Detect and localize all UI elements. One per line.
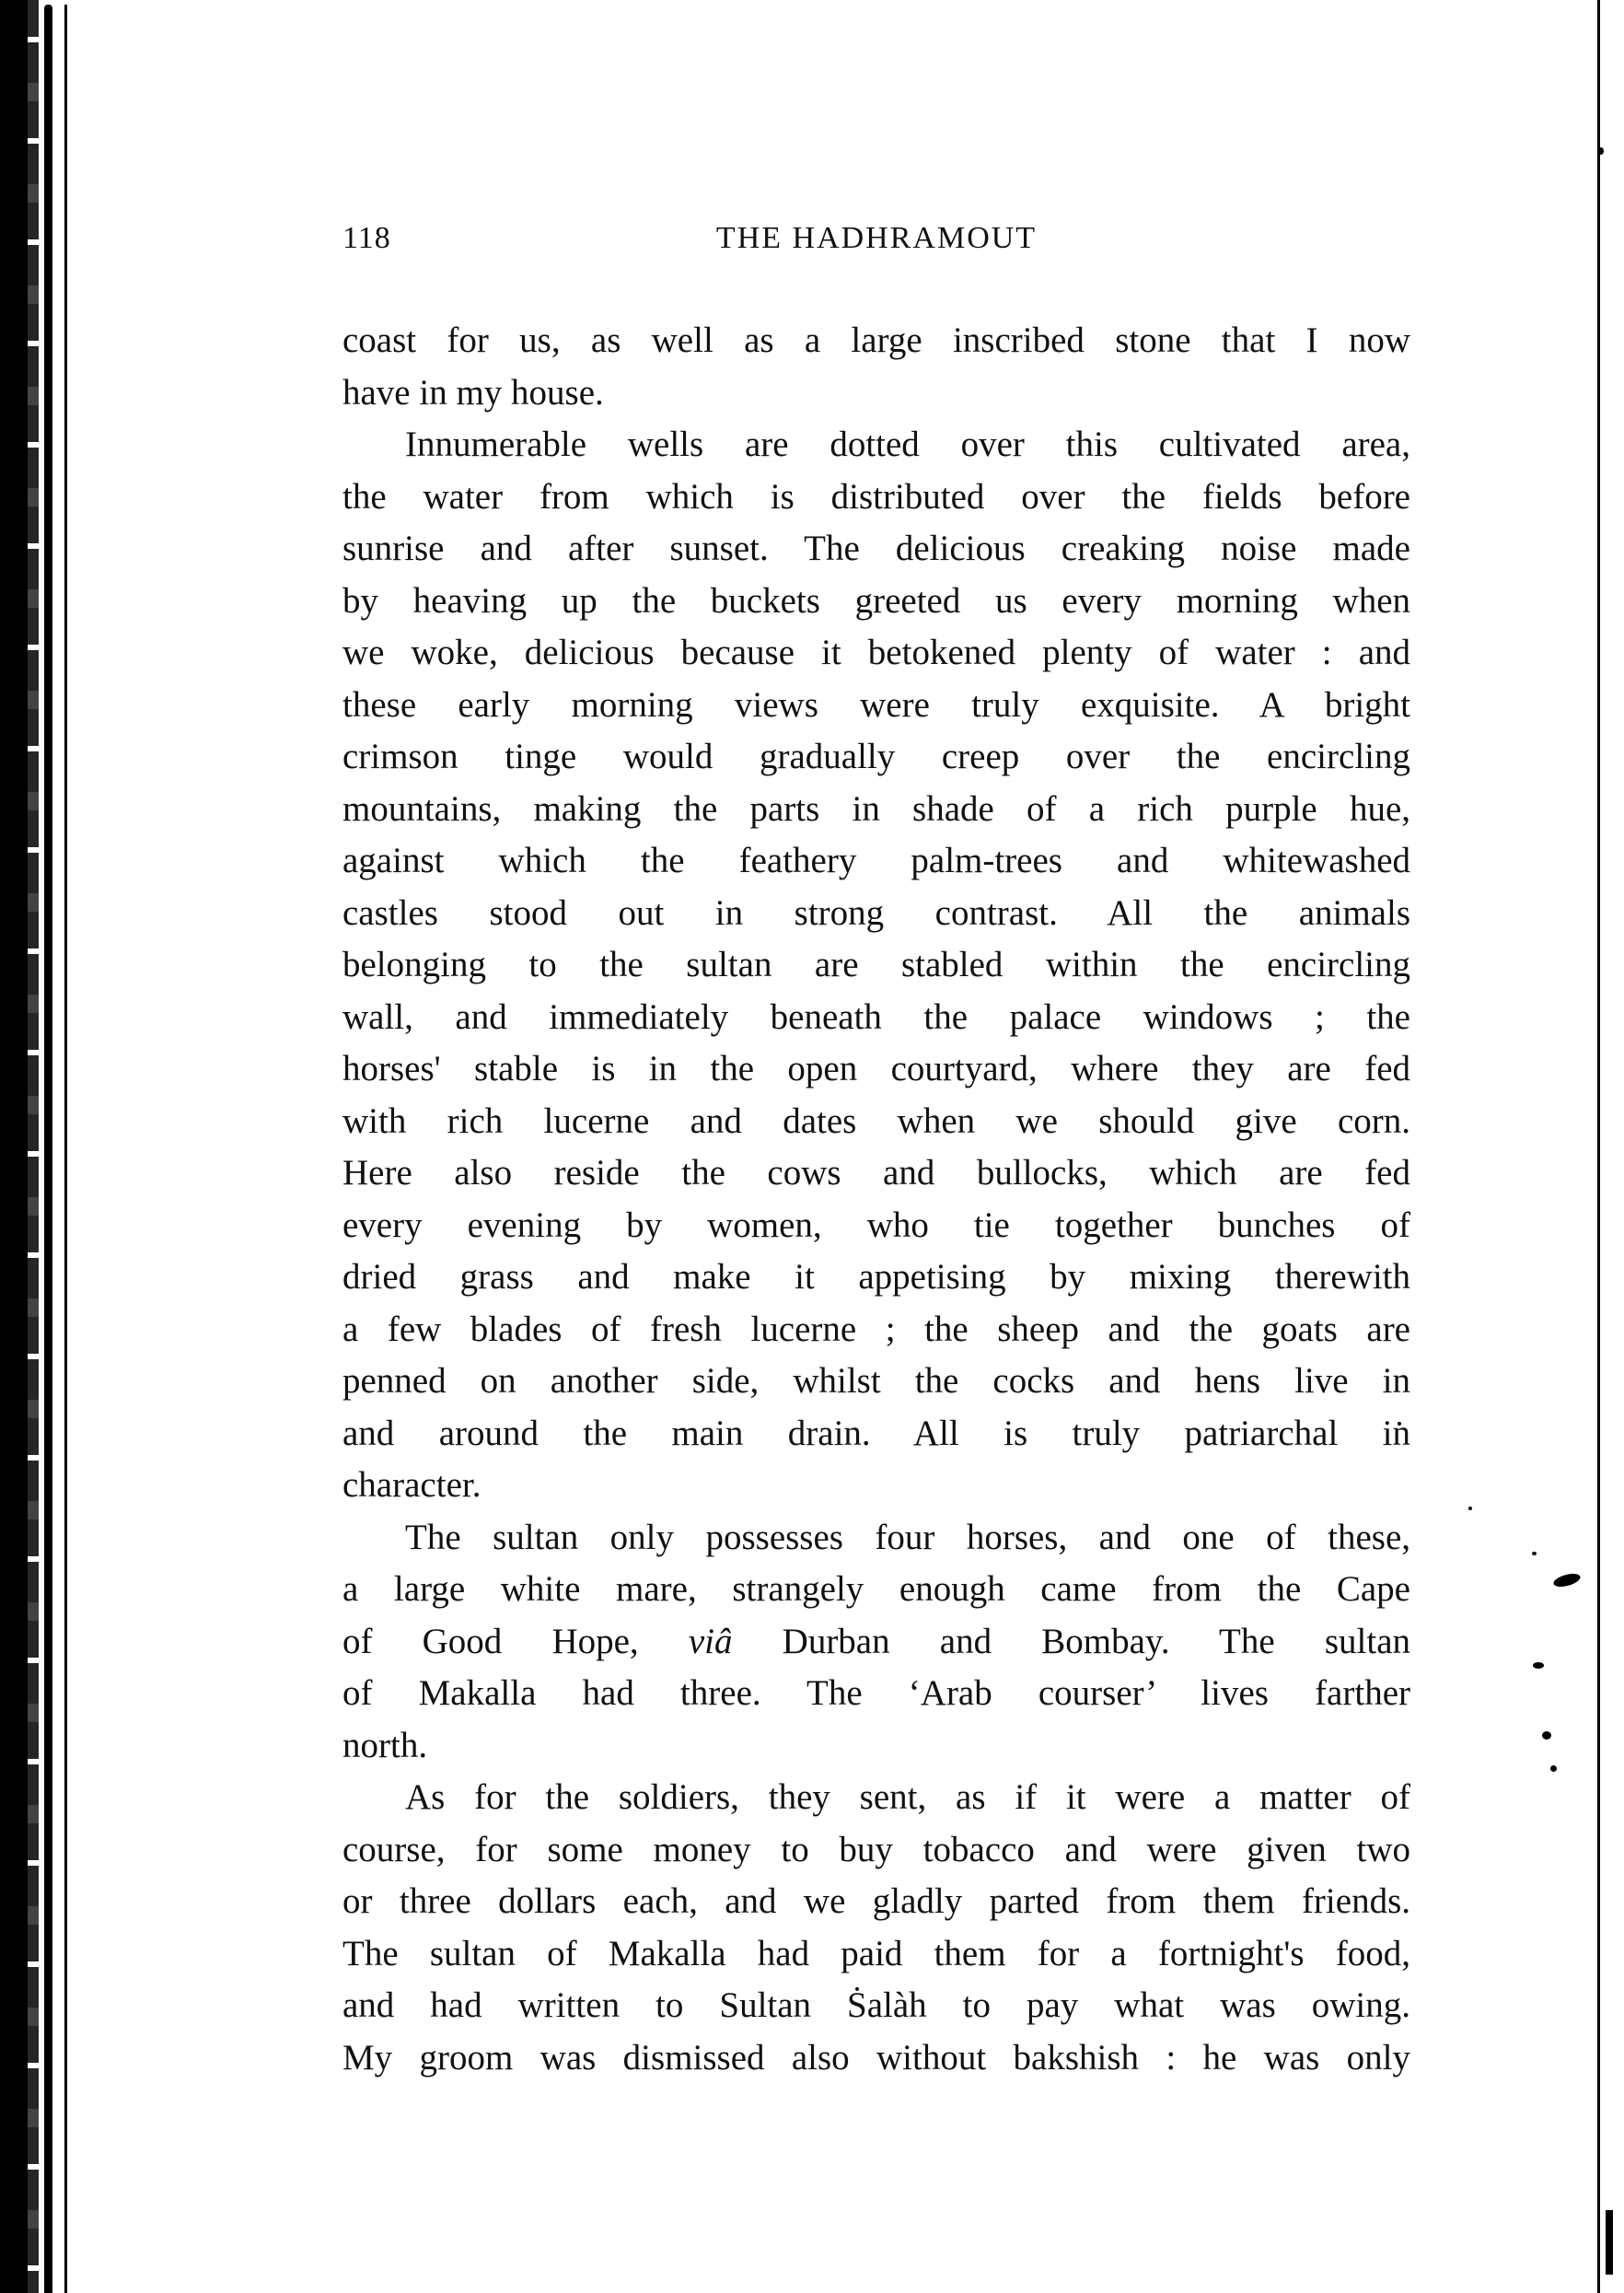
- text-line: of Good Hope, viâ Durban and Bombay. The…: [342, 1616, 1410, 1669]
- ink-speck: [1533, 1662, 1544, 1669]
- text-line: Here also reside the cows and bullocks, …: [342, 1147, 1410, 1200]
- ink-speck: [1532, 1552, 1537, 1555]
- paragraph-1: coast for us, as well as a large inscrib…: [342, 315, 1410, 419]
- text-line: we woke, delicious because it betokened …: [342, 627, 1410, 680]
- text-fragment: Durban and Bombay. The sultan: [783, 1622, 1410, 1661]
- running-title: THE HADHRAMOUT: [342, 221, 1410, 256]
- text-line: with rich lucerne and dates when we shou…: [342, 1096, 1410, 1148]
- text-line: have in my house.: [342, 367, 1410, 420]
- paragraph-3: The sultan only possesses four horses, a…: [342, 1512, 1410, 1773]
- paragraph-2: Innumerable wells are dotted over this c…: [342, 419, 1410, 1512]
- ink-speck: [1542, 1731, 1551, 1740]
- text-line: Innumerable wells are dotted over this c…: [342, 419, 1410, 471]
- text-line: penned on another side, whilst the cocks…: [342, 1356, 1410, 1408]
- text-line: dried grass and make it appetising by mi…: [342, 1251, 1410, 1304]
- italic-word-via: viâ: [689, 1622, 733, 1661]
- text-line: by heaving up the buckets greeted us eve…: [342, 576, 1410, 628]
- text-line: against which the feathery palm-trees an…: [342, 835, 1410, 888]
- right-edge-notch: [1598, 147, 1604, 155]
- text-line: or three dollars each, and we gladly par…: [342, 1876, 1410, 1928]
- paragraph-4: As for the soldiers, they sent, as if it…: [342, 1772, 1410, 2084]
- text-fragment: of Good Hope,: [342, 1622, 639, 1661]
- text-line: castles stood out in strong contrast. Al…: [342, 888, 1410, 940]
- text-line: the water from which is distributed over…: [342, 471, 1410, 524]
- text-line: belonging to the sultan are stabled with…: [342, 939, 1410, 992]
- text-line: character.: [342, 1460, 1410, 1512]
- binding-edge-thin-line: [64, 5, 67, 2293]
- text-line: As for the soldiers, they sent, as if it…: [342, 1772, 1410, 1824]
- text-line: and around the main drain. All is truly …: [342, 1408, 1410, 1461]
- text-line: horses' stable is in the open courtyard,…: [342, 1043, 1410, 1096]
- text-line: My groom was dismissed also without baks…: [342, 2032, 1410, 2085]
- text-line: every evening by women, who tie together…: [342, 1200, 1410, 1252]
- ink-speck: [1468, 1507, 1472, 1510]
- ink-speck: [1552, 1571, 1582, 1589]
- text-line: wall, and immediately beneath the palace…: [342, 992, 1410, 1044]
- text-line: sunrise and after sunset. The delicious …: [342, 523, 1410, 576]
- text-line: mountains, making the parts in shade of …: [342, 784, 1410, 836]
- text-line: and had written to Sultan Ṡalàh to pay w…: [342, 1980, 1410, 2032]
- running-header: 118 THE HADHRAMOUT: [342, 221, 1410, 267]
- text-line: The sultan only possesses four horses, a…: [342, 1512, 1410, 1565]
- text-line: of Makalla had three. The ‘Arab courser’…: [342, 1668, 1410, 1720]
- book-page: 118 THE HADHRAMOUT coast for us, as well…: [342, 221, 1410, 2084]
- text-line: crimson tinge would gradually creep over…: [342, 731, 1410, 784]
- binding-edge-texture: [28, 0, 39, 2293]
- text-line: north.: [342, 1720, 1410, 1773]
- text-line: course, for some money to buy tobacco an…: [342, 1824, 1410, 1877]
- text-line: a large white mare, strangely enough cam…: [342, 1564, 1410, 1616]
- binding-shadow: [0, 0, 28, 2293]
- text-line: a few blades of fresh lucerne ; the shee…: [342, 1304, 1410, 1356]
- ink-speck: [1550, 1765, 1557, 1772]
- text-line: these early morning views were truly exq…: [342, 680, 1410, 732]
- body-text: coast for us, as well as a large inscrib…: [342, 315, 1410, 2084]
- binding-edge-line: [44, 5, 52, 2293]
- right-page-edge: [1597, 0, 1600, 2293]
- text-line: coast for us, as well as a large inscrib…: [342, 315, 1410, 367]
- text-line: The sultan of Makalla had paid them for …: [342, 1928, 1410, 1981]
- right-edge-bottom-mark: [1606, 2210, 1613, 2275]
